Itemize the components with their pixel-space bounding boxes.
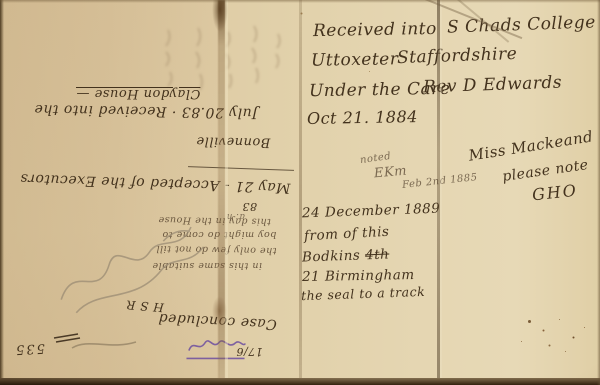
paper-edge-top [0, 0, 600, 3]
memo-date-line: 24 December 1889 [302, 201, 441, 222]
crease-left-fold [218, 0, 225, 385]
crease-bottom-stain [212, 296, 227, 326]
noted-initials: EKm [373, 164, 407, 182]
note-initials: GHO [531, 181, 579, 205]
purple-pencil-mark [184, 332, 249, 365]
memo-line3: Bodkins 4th [302, 246, 390, 265]
reversed-corner-number: 535 [14, 340, 46, 357]
entry-date-line: Oct 21. 1884 [307, 107, 418, 128]
crease-left-highlight [225, 0, 228, 385]
folded-letter-photo: Received into S Chads College Uttoxeter … [0, 0, 600, 385]
paper-edge-left [0, 0, 4, 385]
reversed-house-line: Claydon House — [76, 86, 200, 101]
memo-line4: 21 Birmingham [302, 267, 415, 285]
entry-line3-right: Rev D Edwards [423, 73, 563, 98]
reversed-name-line: Bonneville [196, 133, 271, 149]
memo-line5: the seal to a track [301, 284, 426, 303]
entry-line2-right: Staffordshire [397, 44, 518, 68]
memo-line2: from of this [304, 224, 390, 244]
foxing-spots [528, 320, 531, 323]
fold-middle [299, 0, 302, 385]
entry-line1-left: Received into [313, 19, 437, 41]
entry-line2-left: Uttoxeter [311, 49, 399, 71]
memo-line3-struck: 4th [365, 246, 390, 263]
pencil-swoosh-mark [70, 334, 140, 354]
crease-top-crack [212, 0, 228, 32]
memo-line3-word: Bodkins [302, 247, 361, 265]
paper-edge-bottom [0, 378, 600, 385]
fold-right-highlight [440, 0, 442, 385]
noted-word: noted [359, 151, 392, 166]
